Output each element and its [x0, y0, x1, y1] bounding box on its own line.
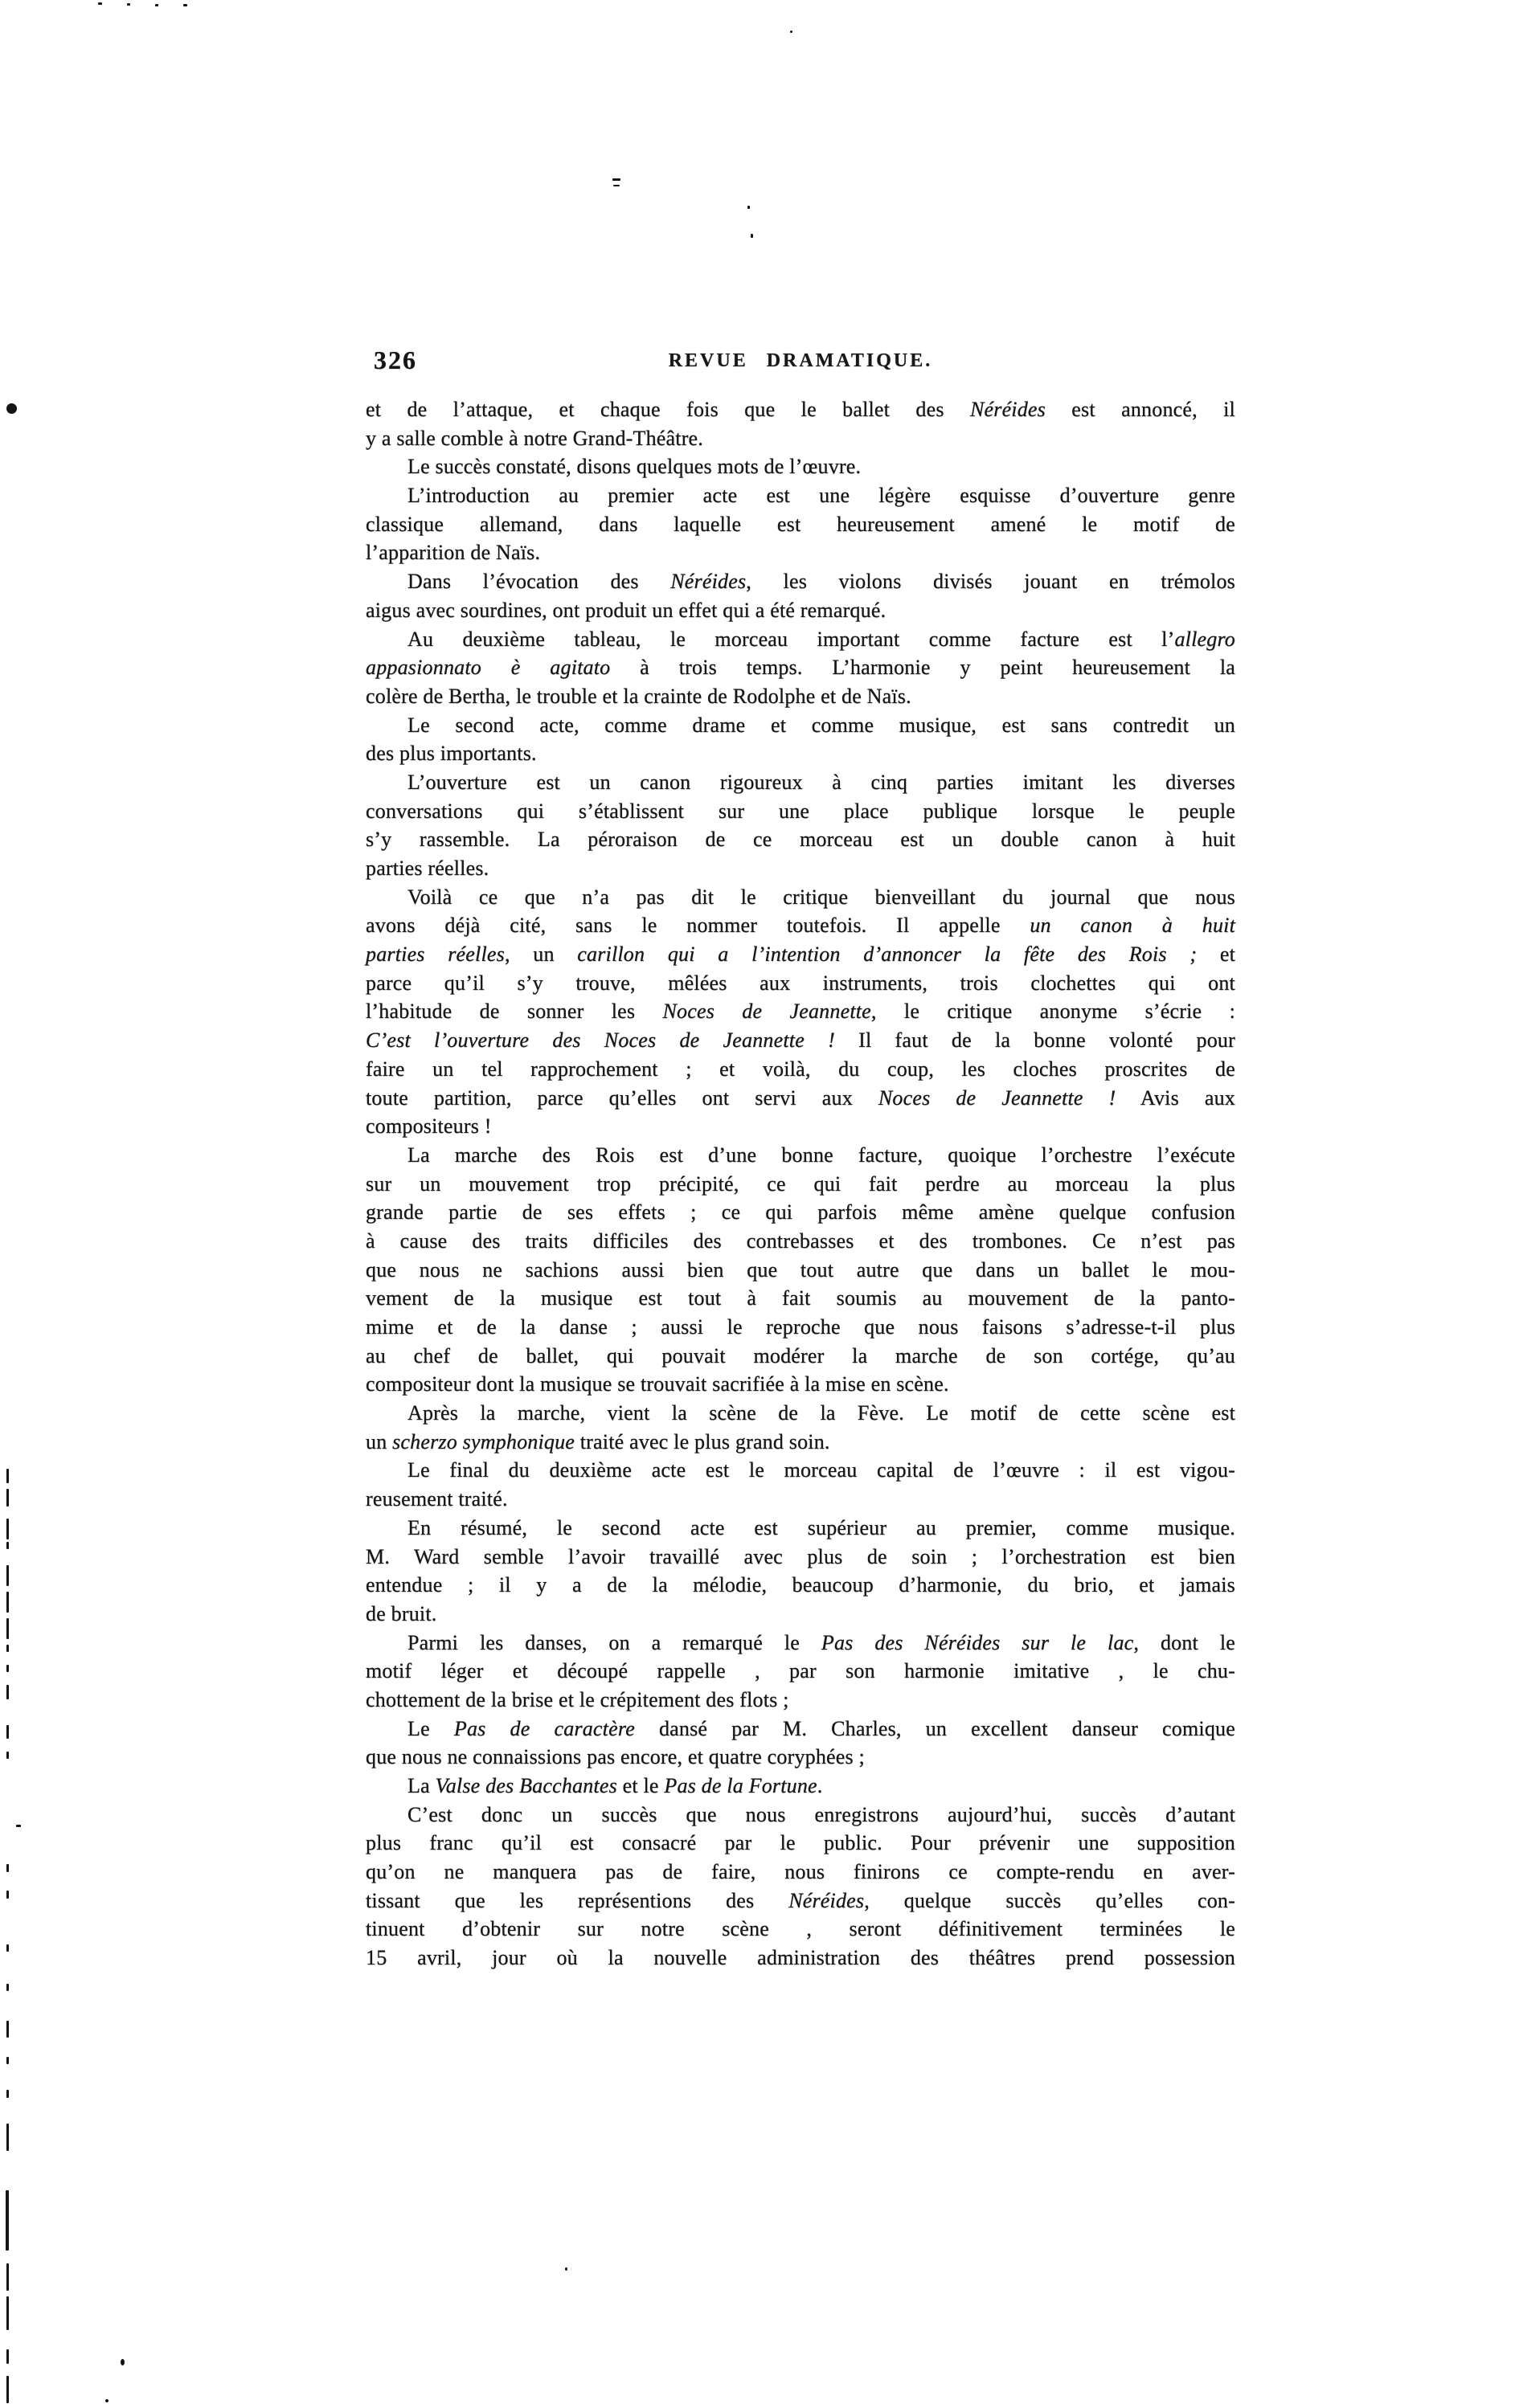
scan-artifact — [6, 1685, 9, 1699]
scan-artifact — [751, 234, 753, 238]
scan-artifact — [612, 178, 620, 181]
page-scan: 326 REVUE DRAMATIQUE. et de l’attaque, e… — [0, 0, 1515, 2408]
scan-artifact — [6, 1944, 9, 1952]
scan-artifact — [747, 206, 750, 209]
scan-artifact — [6, 2263, 9, 2291]
scan-artifact — [127, 3, 130, 6]
scan-artifact — [6, 1645, 9, 1652]
scan-artifact — [6, 2296, 9, 2330]
scan-artifact — [6, 1469, 9, 1483]
scan-artifact — [6, 1565, 9, 1586]
scan-artifact — [155, 4, 158, 6]
scan-artifact — [6, 2057, 9, 2064]
scan-artifact — [6, 1519, 9, 1539]
scan-artifact — [6, 1891, 9, 1899]
ink-blot — [790, 31, 792, 33]
scan-artifact — [6, 2090, 9, 2098]
scan-artifact — [6, 2021, 9, 2038]
scan-artifact — [6, 1665, 9, 1672]
scan-artifact — [6, 2349, 9, 2364]
ink-blot — [105, 2399, 109, 2402]
scan-artifact — [6, 2124, 9, 2151]
scan-artifact — [16, 1825, 21, 1827]
scan-artifact — [6, 1752, 9, 1759]
artifact-layer — [0, 0, 1515, 2408]
ink-blot — [121, 2359, 125, 2365]
scan-artifact — [6, 1618, 9, 1639]
scan-artifact — [6, 2190, 9, 2251]
scan-artifact — [6, 1725, 9, 1739]
scan-artifact — [613, 185, 620, 186]
scan-artifact — [183, 4, 187, 6]
scan-artifact — [6, 1864, 9, 1872]
scan-artifact — [6, 1984, 9, 1991]
scan-artifact — [6, 1542, 9, 1549]
ink-blot — [565, 2267, 567, 2271]
scan-artifact — [6, 1592, 9, 1613]
ink-blot — [6, 403, 17, 414]
scan-artifact — [6, 2376, 9, 2403]
scan-artifact — [98, 2, 102, 5]
scan-artifact — [6, 1489, 9, 1507]
